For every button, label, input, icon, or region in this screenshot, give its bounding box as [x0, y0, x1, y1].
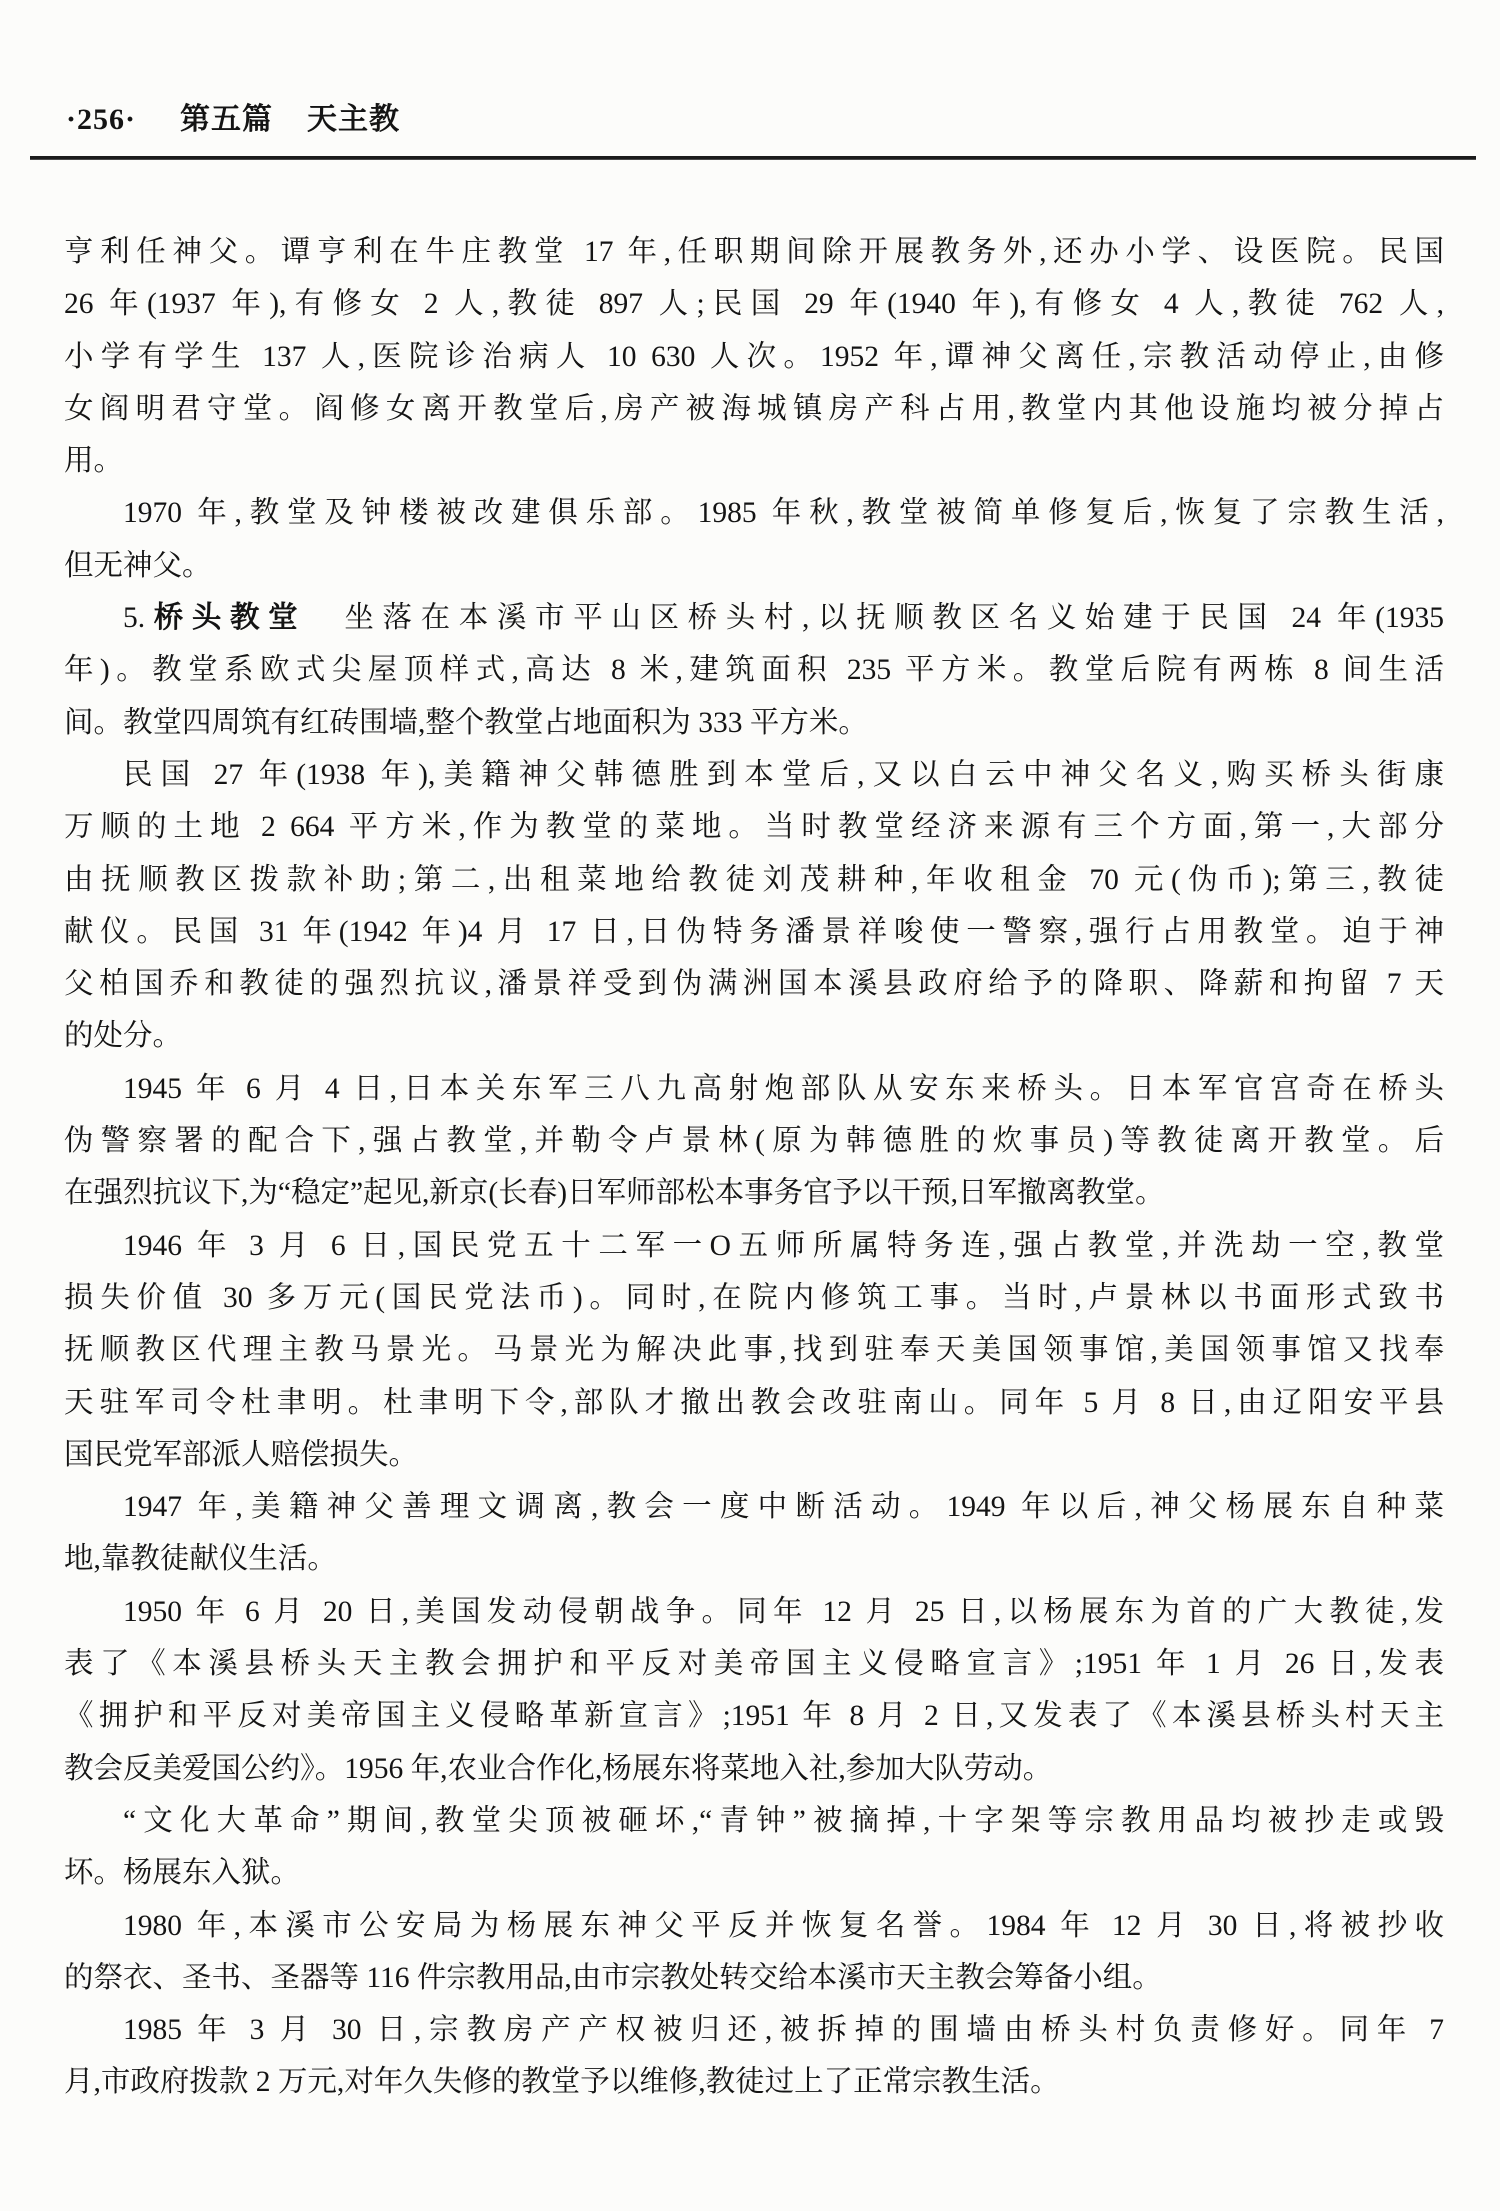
text-line: 教会反美爱国公约》。1956 年,农业合作化,杨展东将菜地入社,参加大队劳动。	[64, 1743, 1444, 1795]
text-line: 间。教堂四周筑有红砖围墙,整个教堂占地面积为 333 平方米。	[64, 697, 1444, 749]
text-line: 献仪。民国 31 年(1942 年)4 月 17 日,日伪特务潘景祥唆使一警察,…	[64, 906, 1444, 958]
text-line: 亨利任神父。谭亨利在牛庄教堂 17 年,任职期间除开展教务外,还办小学、设医院。…	[64, 226, 1444, 278]
text-line: 表了《本溪县桥头天主教会拥护和平反对美帝国主义侵略宣言》;1951 年 1 月 …	[64, 1638, 1444, 1690]
text-line: 伪警察署的配合下,强占教堂,并勒令卢景林(原为韩德胜的炊事员)等教徒离开教堂。后	[64, 1115, 1444, 1167]
text-line: 的处分。	[64, 1010, 1444, 1062]
text-line: 1985 年 3 月 30 日,宗教房产产权被归还,被拆掉的围墙由桥头村负责修好…	[64, 2004, 1444, 2056]
text-line: 小学有学生 137 人,医院诊治病人 10 630 人次。1952 年,谭神父离…	[64, 331, 1444, 383]
text-line: 的祭衣、圣书、圣器等 116 件宗教用品,由市宗教处转交给本溪市天主教会筹备小组…	[64, 1952, 1444, 2004]
text-line: 1947 年,美籍神父善理文调离,教会一度中断活动。1949 年以后,神父杨展东…	[64, 1481, 1444, 1533]
text-line: 由抚顺教区拨款补助;第二,出租菜地给教徒刘茂耕种,年收租金 70 元(伪币);第…	[64, 854, 1444, 906]
text-line: 女阎明君守堂。阎修女离开教堂后,房产被海城镇房产科占用,教堂内其他设施均被分掉占	[64, 383, 1444, 435]
text-line: 26 年(1937 年),有修女 2 人,教徒 897 人;民国 29 年(19…	[64, 278, 1444, 330]
section-label: 第五篇	[180, 94, 273, 138]
paragraph: 亨利任神父。谭亨利在牛庄教堂 17 年,任职期间除开展教务外,还办小学、设医院。…	[64, 226, 1444, 487]
text-line: 万顺的土地 2 664 平方米,作为教堂的菜地。当时教堂经济来源有三个方面,第一…	[64, 801, 1444, 853]
paragraph: 1985 年 3 月 30 日,宗教房产产权被归还,被拆掉的围墙由桥头村负责修好…	[64, 2004, 1444, 2109]
paragraph: 5.桥头教堂 坐落在本溪市平山区桥头村,以抚顺教区名义始建于民国 24 年(19…	[64, 592, 1444, 749]
paragraph: 民国 27 年(1938 年),美籍神父韩德胜到本堂后,又以白云中神父名义,购买…	[64, 749, 1444, 1063]
page-header: ·256· 第五篇 天主教	[66, 94, 400, 138]
book-page: ·256· 第五篇 天主教 亨利任神父。谭亨利在牛庄教堂 17 年,任职期间除开…	[0, 0, 1500, 2211]
paragraph: 1970 年,教堂及钟楼被改建俱乐部。1985 年秋,教堂被简单修复后,恢复了宗…	[64, 487, 1444, 592]
text-line: 1946 年 3 月 6 日,国民党五十二军一O五师所属特务连,强占教堂,并洗劫…	[64, 1220, 1444, 1272]
paragraph: 1945 年 6 月 4 日,日本关东军三八九高射炮部队从安东来桥头。日本军官宫…	[64, 1063, 1444, 1220]
text-line: 民国 27 年(1938 年),美籍神父韩德胜到本堂后,又以白云中神父名义,购买…	[64, 749, 1444, 801]
text-line: “文化大革命”期间,教堂尖顶被砸坏,“青钟”被摘掉,十字架等宗教用品均被抄走或毁	[64, 1795, 1444, 1847]
paragraph: 1946 年 3 月 6 日,国民党五十二军一O五师所属特务连,强占教堂,并洗劫…	[64, 1220, 1444, 1481]
text-segment: 坐落在本溪市平山区桥头村,以抚顺教区名义始建于民国 24 年(1935	[306, 602, 1444, 634]
text-line: 天驻军司令杜聿明。杜聿明下令,部队才撤出教会改驻南山。同年 5 月 8 日,由辽…	[64, 1377, 1444, 1429]
text-line: 月,市政府拨款 2 万元,对年久失修的教堂予以维修,教徒过上了正常宗教生活。	[64, 2056, 1444, 2108]
paragraph: 1947 年,美籍神父善理文调离,教会一度中断活动。1949 年以后,神父杨展东…	[64, 1481, 1444, 1586]
text-line: 损失价值 30 多万元(国民党法币)。同时,在院内修筑工事。当时,卢景林以书面形…	[64, 1272, 1444, 1324]
text-segment: 5.	[123, 602, 145, 634]
text-line: 1980 年,本溪市公安局为杨展东神父平反并恢复名誉。1984 年 12 月 3…	[64, 1900, 1444, 1952]
paragraph: 1950 年 6 月 20 日,美国发动侵朝战争。同年 12 月 25 日,以杨…	[64, 1586, 1444, 1795]
text-line: 1945 年 6 月 4 日,日本关东军三八九高射炮部队从安东来桥头。日本军官宫…	[64, 1063, 1444, 1115]
text-line: 在强烈抗议下,为“稳定”起见,新京(长春)日军师部松本事务官予以干预,日军撤离教…	[64, 1167, 1444, 1219]
bold-heading: 桥头教堂	[145, 602, 306, 634]
body-text: 亨利任神父。谭亨利在牛庄教堂 17 年,任职期间除开展教务外,还办小学、设医院。…	[64, 226, 1444, 2109]
page-number: ·256·	[66, 103, 136, 137]
text-line: 但无神父。	[64, 540, 1444, 592]
paragraph: “文化大革命”期间,教堂尖顶被砸坏,“青钟”被摘掉,十字架等宗教用品均被抄走或毁…	[64, 1795, 1444, 1900]
text-line: 1950 年 6 月 20 日,美国发动侵朝战争。同年 12 月 25 日,以杨…	[64, 1586, 1444, 1638]
text-line: 《拥护和平反对美帝国主义侵略革新宣言》;1951 年 8 月 2 日,又发表了《…	[64, 1690, 1444, 1742]
text-line: 用。	[64, 435, 1444, 487]
text-line: 5.桥头教堂 坐落在本溪市平山区桥头村,以抚顺教区名义始建于民国 24 年(19…	[64, 592, 1444, 644]
chapter-title: 天主教	[307, 94, 400, 138]
text-line: 年)。教堂系欧式尖屋顶样式,高达 8 米,建筑面积 235 平方米。教堂后院有两…	[64, 644, 1444, 696]
paragraph: 1980 年,本溪市公安局为杨展东神父平反并恢复名誉。1984 年 12 月 3…	[64, 1900, 1444, 2005]
text-line: 坏。杨展东入狱。	[64, 1847, 1444, 1899]
text-line: 1970 年,教堂及钟楼被改建俱乐部。1985 年秋,教堂被简单修复后,恢复了宗…	[64, 487, 1444, 539]
text-line: 抚顺教区代理主教马景光。马景光为解决此事,找到驻奉天美国领事馆,美国领事馆又找奉	[64, 1324, 1444, 1376]
text-line: 地,靠教徒献仪生活。	[64, 1533, 1444, 1585]
header-rule	[30, 156, 1476, 160]
text-line: 父柏国乔和教徒的强烈抗议,潘景祥受到伪满洲国本溪县政府给予的降职、降薪和拘留 7…	[64, 958, 1444, 1010]
text-line: 国民党军部派人赔偿损失。	[64, 1429, 1444, 1481]
